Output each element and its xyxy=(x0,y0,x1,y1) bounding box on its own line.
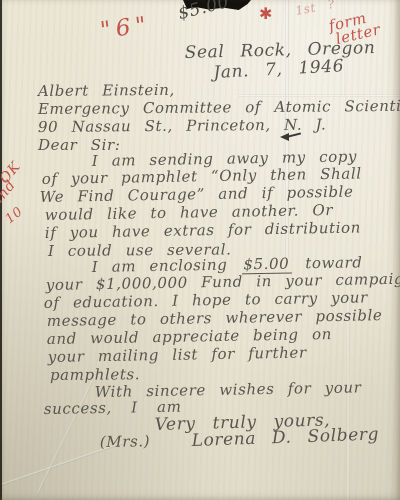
red-reference-mark: "6" xyxy=(99,12,153,44)
pencil-amount-annotation: $5.00 xyxy=(176,0,231,24)
recipient-organization: Emergency Committee of Atomic Scientists… xyxy=(38,97,400,118)
body-line: your mailing list for further xyxy=(48,343,307,366)
fold-crease-diagonal xyxy=(37,380,94,493)
letter-scan: "6" $5.00 ✱ 1st ? form letter OK and 10 … xyxy=(0,0,400,500)
body-line: pamphlets. xyxy=(50,365,140,384)
recipient-name: Albert Einstein, xyxy=(38,81,175,100)
pencil-arrow-icon xyxy=(280,133,301,141)
arrow-tail xyxy=(288,132,301,137)
fold-crease-vertical xyxy=(346,300,350,500)
red-asterisk-mark: ✱ xyxy=(259,4,273,23)
signature-title-prefix: (Mrs.) xyxy=(100,432,151,451)
enclosing-text-post: toward xyxy=(305,253,363,272)
margin-note-ten: 10 xyxy=(3,204,26,227)
red-first-note: 1st ? xyxy=(294,0,336,18)
scan-edge xyxy=(0,0,2,500)
